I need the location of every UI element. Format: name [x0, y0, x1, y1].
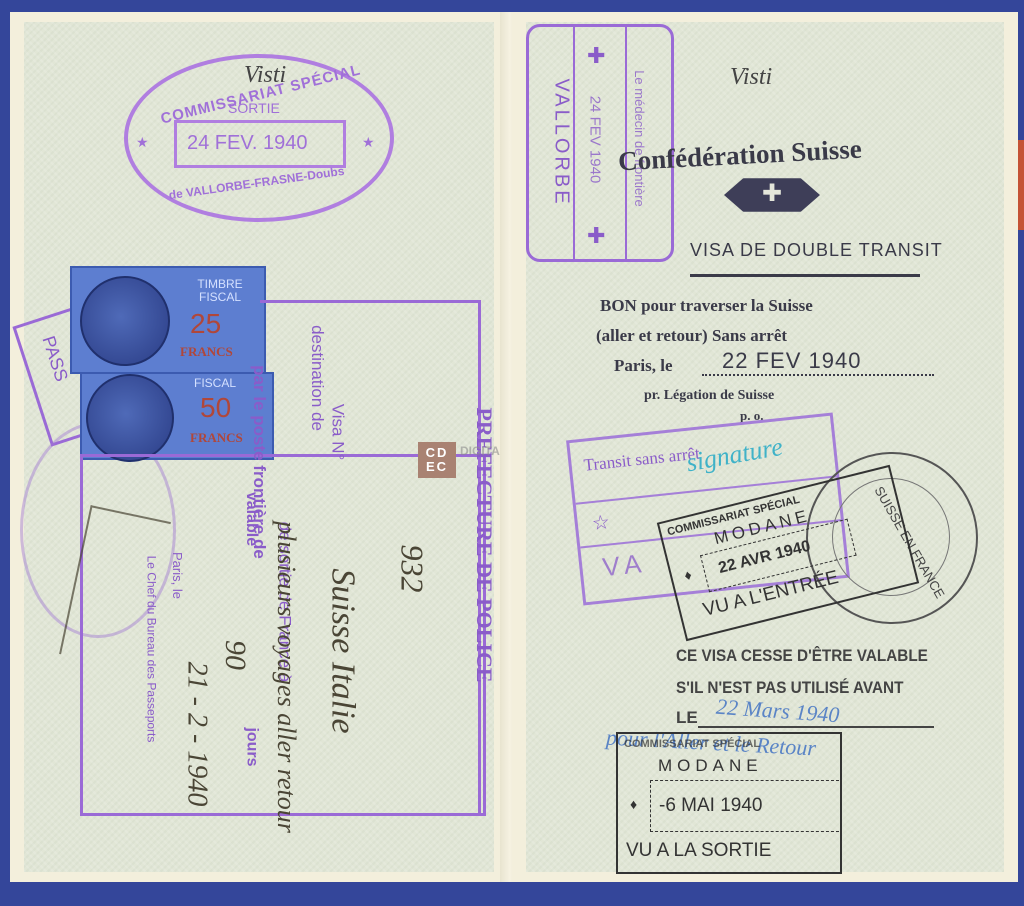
left-page-paper: COMMISSARIAT SPÉCIAL SORTIE 24 FEV. 1940…	[24, 22, 494, 872]
oval-stamp-bottom-text: de VALLORBE-FRASNE-Doubs	[168, 164, 345, 203]
prefecture-line-valable: valable	[242, 492, 260, 546]
handwritten-destination: Suisse Italie	[324, 568, 362, 733]
vallorbe-place: VALLORBE	[550, 78, 573, 206]
prefecture-line-jours: jours	[243, 727, 261, 766]
right-page: VALLORBE ✚ ✚ 24 FEV 1940 Le médecin de f…	[512, 12, 1018, 882]
handwritten-visa-number: 932	[394, 545, 431, 593]
swiss-cross-emblem-icon: ✚	[724, 174, 820, 216]
visa-line-2: (aller et retour) Sans arrêt	[596, 326, 787, 346]
exit-date: -6 MAI 1940	[659, 795, 763, 817]
validity-date: 22 Mars 1940	[715, 694, 840, 729]
marianne-coin-icon	[80, 276, 170, 366]
fiscal-unit: FRANCS	[190, 430, 243, 446]
oval-stamp-date: 24 FEV. 1940	[187, 132, 307, 155]
visa-issuer: pr. Légation de Suisse	[644, 388, 774, 404]
handwritten-crossings: plusieurs voyages aller retour	[271, 521, 301, 833]
prefecture-line-visa: Visa N°	[327, 404, 347, 461]
visa-place-prefix: Paris, le	[614, 356, 673, 376]
fiscal-value: 50	[200, 392, 231, 424]
visa-date: 22 FEV 1940	[722, 348, 861, 374]
prefecture-title: PREFECTURE DE POLICE	[471, 325, 497, 765]
title-underline	[690, 274, 920, 277]
star-icon: ★	[136, 134, 149, 151]
visti-label: Visti	[730, 64, 772, 91]
logo-line-1: CD	[418, 446, 456, 460]
validity-line-1: CE VISA CESSE D'ÊTRE VALABLE	[676, 646, 928, 666]
fiscal-header: TIMBRE FISCAL	[182, 278, 258, 304]
validity-line-2: S'IL N'EST PAS UTILISÉ AVANT	[676, 678, 903, 698]
emblem-cross: ✚	[762, 180, 782, 208]
visa-line-1: BON pour traverser la Suisse	[600, 296, 813, 316]
visa-type-title: VISA DE DOUBLE TRANSIT	[690, 240, 943, 261]
exit-date-box: -6 MAI 1940	[650, 780, 839, 832]
validity-prefix: LE	[676, 708, 698, 728]
handwritten-date: 21 - 2 - 1940	[180, 662, 212, 807]
oval-stamp-mode: SORTIE	[228, 100, 280, 116]
diamond-icon: ♦	[630, 796, 637, 812]
vallorbe-divider	[625, 27, 627, 259]
vallorbe-stamp: VALLORBE ✚ ✚ 24 FEV 1940 Le médecin de f…	[526, 24, 674, 262]
prefecture-line-destination: destination de	[307, 325, 327, 431]
star-icon: ★	[362, 134, 375, 151]
modane-exit-stamp: COMMISSARIAT SPÉCIAL MODANE -6 MAI 1940 …	[616, 732, 842, 874]
vallorbe-note: Le médecin de frontière	[632, 70, 647, 207]
logo-line-2: EC	[418, 460, 456, 474]
diamond-icon: ♦	[682, 566, 693, 583]
right-page-paper: VALLORBE ✚ ✚ 24 FEV 1940 Le médecin de f…	[526, 22, 1004, 872]
fiscal-header: FISCAL	[194, 376, 236, 390]
vallorbe-divider	[573, 27, 575, 259]
marianne-coin-icon	[86, 374, 174, 462]
left-page: COMMISSARIAT SPÉCIAL SORTIE 24 FEV. 1940…	[10, 12, 508, 882]
transit-place-partial: VA	[601, 548, 649, 584]
handwritten-validity-days: 90	[218, 640, 252, 670]
visti-label: Visti	[244, 62, 286, 89]
swiss-cross-icon: ✚	[587, 223, 605, 249]
star-icon: ☆	[591, 509, 611, 536]
fiscal-unit: FRANCS	[180, 344, 233, 360]
exit-header: COMMISSARIAT SPÉCIAL	[624, 738, 760, 750]
date-dotted-line	[702, 374, 934, 376]
cdec-logo: CD EC	[418, 442, 456, 478]
swiss-cross-icon: ✚	[587, 43, 605, 69]
prefecture-paris-le: Paris, le	[170, 552, 185, 599]
passeport-stamp-text: PASS	[37, 333, 71, 384]
transit-text: Transit sans arrêt	[583, 444, 701, 476]
exit-label: VU A LA SORTIE	[626, 840, 771, 862]
exit-place: MODANE	[658, 756, 763, 776]
vallorbe-date: 24 FEV 1940	[586, 96, 603, 184]
oval-stamp-date-box: 24 FEV. 1940	[174, 120, 346, 168]
red-bookmark-tab	[1018, 140, 1024, 230]
fiscal-value: 25	[190, 308, 221, 340]
fiscal-stamp-50: FISCAL 50 FRANCS	[80, 372, 274, 460]
fiscal-stamp-25: TIMBRE FISCAL 25 FRANCS	[70, 266, 266, 374]
